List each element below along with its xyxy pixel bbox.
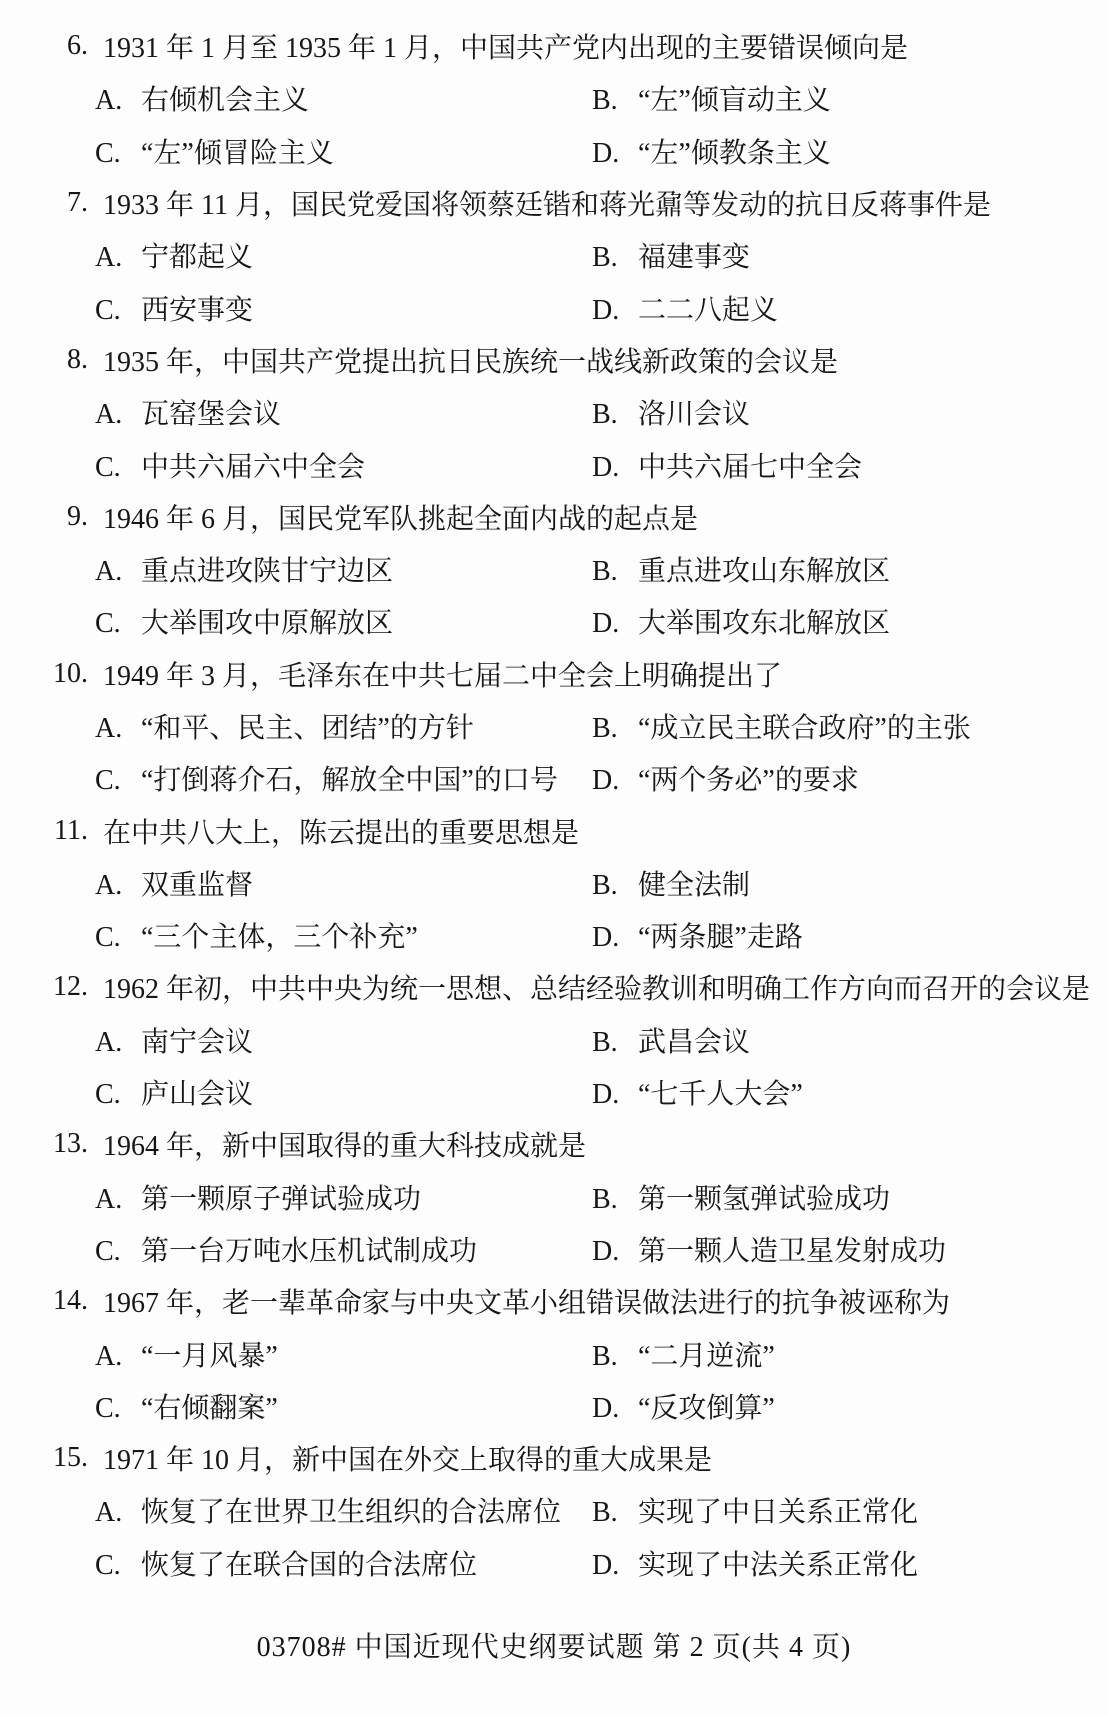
option: B. “二月逆流” xyxy=(592,1334,775,1374)
option-row: C. “右倾翻案” D. “反攻倒算” xyxy=(0,1380,1108,1432)
option-row: A. 瓦窑堡会议 B. 洛川会议 xyxy=(0,386,1108,438)
option-text: 中共六届七中全会 xyxy=(638,445,862,485)
question-stem-row: 15. 1971 年 10 月，新中国在外交上取得的重大成果是 xyxy=(0,1432,1108,1484)
question-list: 6. 1931 年 1 月至 1935 年 1 月，中国共产党内出现的主要错误倾… xyxy=(0,20,1108,1589)
option-text: 庐山会议 xyxy=(141,1072,253,1112)
option-label: D. xyxy=(592,452,638,484)
option-text: “打倒蒋介石，解放全中国”的口号 xyxy=(141,758,558,798)
option-label: C. xyxy=(95,295,141,327)
option-text: 右倾机会主义 xyxy=(141,78,309,118)
question-number: 10. xyxy=(0,658,88,690)
option-text: 第一颗原子弹试验成功 xyxy=(141,1177,421,1217)
option: B. 福建事变 xyxy=(592,235,750,275)
question-stem: 1967 年，老一辈革命家与中央文革小组错误做法进行的抗争被诬称为 xyxy=(103,1281,950,1321)
question-number: 11. xyxy=(0,815,88,847)
option-text: “反攻倒算” xyxy=(638,1386,775,1426)
option-text: 第一台万吨水压机试制成功 xyxy=(141,1229,477,1269)
question-number: 13. xyxy=(0,1128,88,1160)
option: C. 西安事变 xyxy=(95,288,592,328)
option-label: C. xyxy=(95,1550,141,1582)
option-text: “左”倾盲动主义 xyxy=(638,78,831,118)
option-text: 南宁会议 xyxy=(141,1020,253,1060)
page-footer: 03708# 中国近现代史纲要试题 第 2 页(共 4 页) xyxy=(0,1619,1108,1671)
option-label: C. xyxy=(95,138,141,170)
option-text: “成立民主联合政府”的主张 xyxy=(638,706,971,746)
option-text: 福建事变 xyxy=(638,235,750,275)
question-stem-row: 9. 1946 年 6 月，国民党军队挑起全面内战的起点是 xyxy=(0,491,1108,543)
option-label: B. xyxy=(592,399,638,431)
option: D. “七千人大会” xyxy=(592,1072,803,1112)
option-text: 实现了中法关系正常化 xyxy=(638,1543,918,1583)
option: A. 右倾机会主义 xyxy=(95,78,592,118)
option-text: “一月风暴” xyxy=(141,1334,278,1374)
option-label: A. xyxy=(95,85,141,117)
option-row: A. “一月风暴” B. “二月逆流” xyxy=(0,1327,1108,1379)
question-stem-row: 6. 1931 年 1 月至 1935 年 1 月，中国共产党内出现的主要错误倾… xyxy=(0,20,1108,72)
option: B. 健全法制 xyxy=(592,863,750,903)
option: C. 恢复了在联合国的合法席位 xyxy=(95,1543,592,1583)
option-text: 洛川会议 xyxy=(638,392,750,432)
option-row: A. 双重监督 B. 健全法制 xyxy=(0,857,1108,909)
option-text: 瓦窑堡会议 xyxy=(141,392,281,432)
question-stem: 1971 年 10 月，新中国在外交上取得的重大成果是 xyxy=(103,1438,712,1478)
option-text: 第一颗人造卫星发射成功 xyxy=(638,1229,946,1269)
option-row: A. 恢复了在世界卫生组织的合法席位 B. 实现了中日关系正常化 xyxy=(0,1484,1108,1536)
option-text: “两个务必”的要求 xyxy=(638,758,859,798)
option-label: D. xyxy=(592,1236,638,1268)
question: 11. 在中共八大上，陈云提出的重要思想是 A. 双重监督 B. 健全法制 C.… xyxy=(0,804,1108,961)
option-label: B. xyxy=(592,242,638,274)
option-text: “左”倾教条主义 xyxy=(638,131,831,171)
option: A. 双重监督 xyxy=(95,863,592,903)
option-text: 中共六届六中全会 xyxy=(141,445,365,485)
option-label: B. xyxy=(592,85,638,117)
option-row: C. 中共六届六中全会 D. 中共六届七中全会 xyxy=(0,438,1108,490)
option-text: “左”倾冒险主义 xyxy=(141,131,334,171)
option: B. 第一颗氢弹试验成功 xyxy=(592,1177,890,1217)
question-stem: 1935 年，中国共产党提出抗日民族统一战线新政策的会议是 xyxy=(103,340,838,380)
question: 7. 1933 年 11 月，国民党爱国将领蔡廷锴和蒋光鼐等发动的抗日反蒋事件是… xyxy=(0,177,1108,334)
option: B. 实现了中日关系正常化 xyxy=(592,1490,918,1530)
question-stem: 1933 年 11 月，国民党爱国将领蔡廷锴和蒋光鼐等发动的抗日反蒋事件是 xyxy=(103,183,991,223)
option-label: D. xyxy=(592,295,638,327)
question: 8. 1935 年，中国共产党提出抗日民族统一战线新政策的会议是 A. 瓦窑堡会… xyxy=(0,334,1108,491)
option-text: 宁都起义 xyxy=(141,235,253,275)
option: C. “打倒蒋介石，解放全中国”的口号 xyxy=(95,758,592,798)
option-row: C. 大举围攻中原解放区 D. 大举围攻东北解放区 xyxy=(0,595,1108,647)
question: 10. 1949 年 3 月，毛泽东在中共七届二中全会上明确提出了 A. “和平… xyxy=(0,648,1108,805)
option-label: C. xyxy=(95,608,141,640)
option-text: “三个主体，三个补充” xyxy=(141,915,418,955)
option: A. “和平、民主、团结”的方针 xyxy=(95,706,592,746)
option-label: B. xyxy=(592,1027,638,1059)
option-label: C. xyxy=(95,1079,141,1111)
option-text: “二月逆流” xyxy=(638,1334,775,1374)
question-stem: 1962 年初，中共中央为统一思想、总结经验教训和明确工作方向而召开的会议是 xyxy=(103,967,1090,1007)
question-stem: 1931 年 1 月至 1935 年 1 月，中国共产党内出现的主要错误倾向是 xyxy=(103,26,908,66)
option-label: B. xyxy=(592,870,638,902)
option-text: 双重监督 xyxy=(141,863,253,903)
question: 15. 1971 年 10 月，新中国在外交上取得的重大成果是 A. 恢复了在世… xyxy=(0,1432,1108,1589)
question-stem-row: 8. 1935 年，中国共产党提出抗日民族统一战线新政策的会议是 xyxy=(0,334,1108,386)
option-row: C. “左”倾冒险主义 D. “左”倾教条主义 xyxy=(0,125,1108,177)
question-stem: 1946 年 6 月，国民党军队挑起全面内战的起点是 xyxy=(103,497,698,537)
option-label: B. xyxy=(592,1341,638,1373)
option: D. 二二八起义 xyxy=(592,288,778,328)
option-label: B. xyxy=(592,556,638,588)
option: C. 中共六届六中全会 xyxy=(95,445,592,485)
option: C. 第一台万吨水压机试制成功 xyxy=(95,1229,592,1269)
option-label: A. xyxy=(95,870,141,902)
question-stem-row: 14. 1967 年，老一辈革命家与中央文革小组错误做法进行的抗争被诬称为 xyxy=(0,1275,1108,1327)
option-text: “右倾翻案” xyxy=(141,1386,278,1426)
option: A. 宁都起义 xyxy=(95,235,592,275)
option-row: A. 第一颗原子弹试验成功 B. 第一颗氢弹试验成功 xyxy=(0,1171,1108,1223)
question: 12. 1962 年初，中共中央为统一思想、总结经验教训和明确工作方向而召开的会… xyxy=(0,961,1108,1118)
option-label: A. xyxy=(95,242,141,274)
option-text: “七千人大会” xyxy=(638,1072,803,1112)
option-label: A. xyxy=(95,1184,141,1216)
question: 14. 1967 年，老一辈革命家与中央文革小组错误做法进行的抗争被诬称为 A.… xyxy=(0,1275,1108,1432)
option-label: C. xyxy=(95,1236,141,1268)
question-stem: 在中共八大上，陈云提出的重要思想是 xyxy=(103,811,579,851)
option: A. 重点进攻陕甘宁边区 xyxy=(95,549,592,589)
option-text: 大举围攻中原解放区 xyxy=(141,601,393,641)
option-text: 武昌会议 xyxy=(638,1020,750,1060)
option-label: C. xyxy=(95,922,141,954)
option: A. 第一颗原子弹试验成功 xyxy=(95,1177,592,1217)
option-row: C. 庐山会议 D. “七千人大会” xyxy=(0,1066,1108,1118)
option-text: “两条腿”走路 xyxy=(638,915,803,955)
option-row: A. “和平、民主、团结”的方针 B. “成立民主联合政府”的主张 xyxy=(0,700,1108,752)
question-number: 9. xyxy=(0,501,88,533)
option-row: C. 恢复了在联合国的合法席位 D. 实现了中法关系正常化 xyxy=(0,1537,1108,1589)
question-stem-row: 11. 在中共八大上，陈云提出的重要思想是 xyxy=(0,804,1108,856)
option-label: D. xyxy=(592,1079,638,1111)
option-label: A. xyxy=(95,399,141,431)
option-row: C. “打倒蒋介石，解放全中国”的口号 D. “两个务必”的要求 xyxy=(0,752,1108,804)
option-row: A. 南宁会议 B. 武昌会议 xyxy=(0,1014,1108,1066)
option: D. “左”倾教条主义 xyxy=(592,131,831,171)
exam-page: 6. 1931 年 1 月至 1935 年 1 月，中国共产党内出现的主要错误倾… xyxy=(0,0,1108,1671)
question-number: 14. xyxy=(0,1285,88,1317)
option-label: A. xyxy=(95,713,141,745)
option-label: D. xyxy=(592,765,638,797)
option-row: C. 西安事变 D. 二二八起义 xyxy=(0,281,1108,333)
option-label: C. xyxy=(95,1393,141,1425)
question: 9. 1946 年 6 月，国民党军队挑起全面内战的起点是 A. 重点进攻陕甘宁… xyxy=(0,491,1108,648)
option: C. “三个主体，三个补充” xyxy=(95,915,592,955)
option: C. “右倾翻案” xyxy=(95,1386,592,1426)
option-row: C. “三个主体，三个补充” D. “两条腿”走路 xyxy=(0,909,1108,961)
option: D. “两条腿”走路 xyxy=(592,915,803,955)
option-text: 实现了中日关系正常化 xyxy=(638,1490,918,1530)
option-label: D. xyxy=(592,922,638,954)
option: B. 洛川会议 xyxy=(592,392,750,432)
option-label: B. xyxy=(592,713,638,745)
option-label: A. xyxy=(95,1027,141,1059)
question-stem: 1949 年 3 月，毛泽东在中共七届二中全会上明确提出了 xyxy=(103,654,782,694)
option: D. 第一颗人造卫星发射成功 xyxy=(592,1229,946,1269)
option-row: A. 宁都起义 B. 福建事变 xyxy=(0,229,1108,281)
option: C. “左”倾冒险主义 xyxy=(95,131,592,171)
question-stem-row: 10. 1949 年 3 月，毛泽东在中共七届二中全会上明确提出了 xyxy=(0,648,1108,700)
option: C. 庐山会议 xyxy=(95,1072,592,1112)
option-text: 健全法制 xyxy=(638,863,750,903)
question-number: 12. xyxy=(0,971,88,1003)
question-stem: 1964 年，新中国取得的重大科技成就是 xyxy=(103,1124,586,1164)
option-label: D. xyxy=(592,1393,638,1425)
option-label: D. xyxy=(592,608,638,640)
option-text: 二二八起义 xyxy=(638,288,778,328)
question-number: 15. xyxy=(0,1442,88,1474)
question-number: 8. xyxy=(0,344,88,376)
option: B. 重点进攻山东解放区 xyxy=(592,549,890,589)
option: D. 大举围攻东北解放区 xyxy=(592,601,890,641)
option-text: 第一颗氢弹试验成功 xyxy=(638,1177,890,1217)
question-stem-row: 13. 1964 年，新中国取得的重大科技成就是 xyxy=(0,1118,1108,1170)
option-label: C. xyxy=(95,765,141,797)
question-stem-row: 7. 1933 年 11 月，国民党爱国将领蔡廷锴和蒋光鼐等发动的抗日反蒋事件是 xyxy=(0,177,1108,229)
option: A. 瓦窑堡会议 xyxy=(95,392,592,432)
option-row: A. 重点进攻陕甘宁边区 B. 重点进攻山东解放区 xyxy=(0,543,1108,595)
option-text: 恢复了在世界卫生组织的合法席位 xyxy=(141,1490,561,1530)
option-label: B. xyxy=(592,1497,638,1529)
option-text: 重点进攻山东解放区 xyxy=(638,549,890,589)
option-label: A. xyxy=(95,1341,141,1373)
option-text: 大举围攻东北解放区 xyxy=(638,601,890,641)
option-label: C. xyxy=(95,452,141,484)
option: B. “成立民主联合政府”的主张 xyxy=(592,706,971,746)
option-row: A. 右倾机会主义 B. “左”倾盲动主义 xyxy=(0,72,1108,124)
question: 13. 1964 年，新中国取得的重大科技成就是 A. 第一颗原子弹试验成功 B… xyxy=(0,1118,1108,1275)
question-number: 6. xyxy=(0,30,88,62)
option: A. “一月风暴” xyxy=(95,1334,592,1374)
option-label: A. xyxy=(95,556,141,588)
option-row: C. 第一台万吨水压机试制成功 D. 第一颗人造卫星发射成功 xyxy=(0,1223,1108,1275)
option-text: “和平、民主、团结”的方针 xyxy=(141,706,474,746)
option-label: B. xyxy=(592,1184,638,1216)
option-text: 重点进攻陕甘宁边区 xyxy=(141,549,393,589)
option: D. “两个务必”的要求 xyxy=(592,758,859,798)
option-label: D. xyxy=(592,1550,638,1582)
question: 6. 1931 年 1 月至 1935 年 1 月，中国共产党内出现的主要错误倾… xyxy=(0,20,1108,177)
option-label: A. xyxy=(95,1497,141,1529)
option: A. 南宁会议 xyxy=(95,1020,592,1060)
option: D. 中共六届七中全会 xyxy=(592,445,862,485)
question-stem-row: 12. 1962 年初，中共中央为统一思想、总结经验教训和明确工作方向而召开的会… xyxy=(0,961,1108,1013)
option: B. “左”倾盲动主义 xyxy=(592,78,831,118)
option-text: 恢复了在联合国的合法席位 xyxy=(141,1543,477,1583)
option: A. 恢复了在世界卫生组织的合法席位 xyxy=(95,1490,592,1530)
option-text: 西安事变 xyxy=(141,288,253,328)
option-label: D. xyxy=(592,138,638,170)
question-number: 7. xyxy=(0,187,88,219)
option: B. 武昌会议 xyxy=(592,1020,750,1060)
option: D. 实现了中法关系正常化 xyxy=(592,1543,918,1583)
option: D. “反攻倒算” xyxy=(592,1386,775,1426)
option: C. 大举围攻中原解放区 xyxy=(95,601,592,641)
